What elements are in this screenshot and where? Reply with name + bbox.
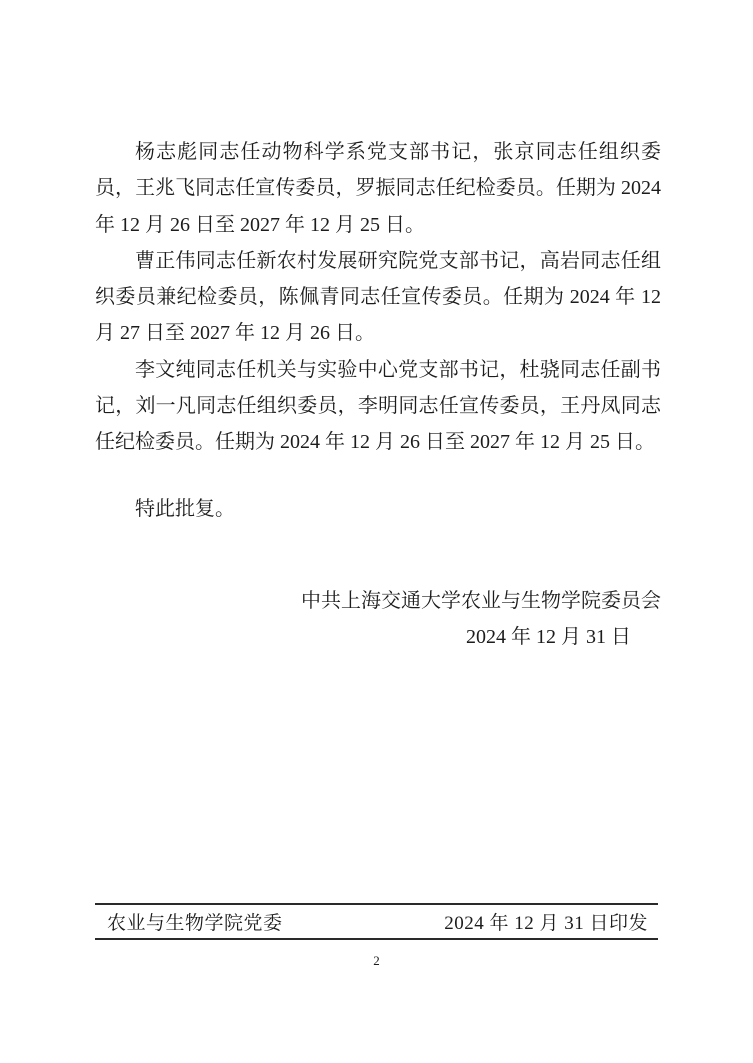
signature-date: 2024 年 12 月 31 日 — [95, 619, 661, 655]
closing-statement: 特此批复。 — [95, 491, 661, 527]
imprint-block: 农业与生物学院党委 2024 年 12 月 31 日印发 — [95, 903, 658, 940]
page-number: 2 — [0, 953, 753, 969]
signature-org: 中共上海交通大学农业与生物学院委员会 — [95, 583, 661, 619]
signature-block: 中共上海交通大学农业与生物学院委员会 2024 年 12 月 31 日 — [95, 583, 661, 656]
paragraph-appointment-1: 杨志彪同志任动物科学系党支部书记，张京同志任组织委员，王兆飞同志任宣传委员，罗振… — [95, 134, 661, 243]
paragraph-appointment-2: 曹正伟同志任新农村发展研究院党支部书记，高岩同志任组织委员兼纪检委员，陈佩青同志… — [95, 243, 661, 352]
imprint-issuer: 农业与生物学院党委 — [107, 908, 283, 935]
document-page: 杨志彪同志任动物科学系党支部书记，张京同志任组织委员，王兆飞同志任宣传委员，罗振… — [0, 0, 753, 1063]
paragraph-appointment-3: 李文纯同志任机关与实验中心党支部书记，杜骁同志任副书记，刘一凡同志任组织委员，李… — [95, 352, 661, 461]
document-body: 杨志彪同志任动物科学系党支部书记，张京同志任组织委员，王兆飞同志任宣传委员，罗振… — [95, 134, 661, 656]
imprint-print-date: 2024 年 12 月 31 日印发 — [444, 908, 648, 935]
